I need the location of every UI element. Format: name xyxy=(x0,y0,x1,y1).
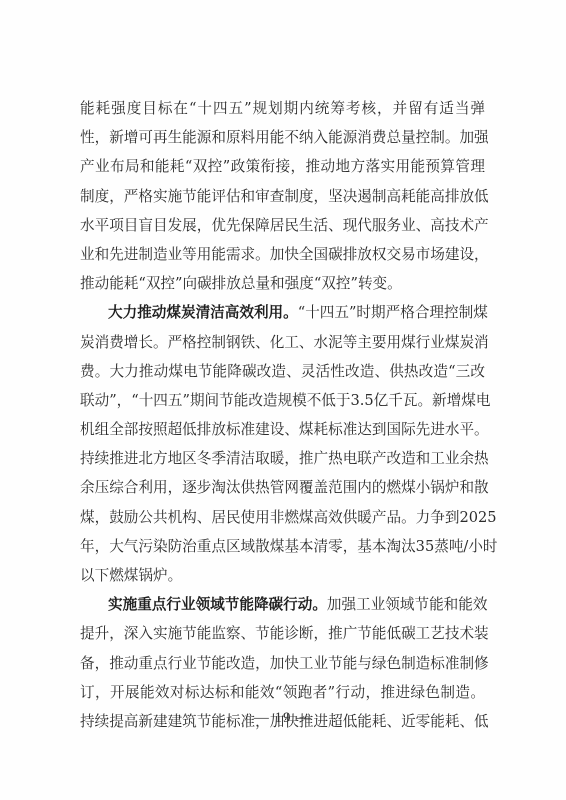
paragraph-first-line: 实施重点行业领域节能降碳行动。加强工业领域节能和能效 xyxy=(80,590,485,619)
text-line: 提升，深入实施节能监察、节能诊断，推广节能低碳工艺技术装 xyxy=(80,619,485,648)
text-line: 余压综合利用，逐步淘汰供热管网覆盖范围内的燃煤小锅炉和散 xyxy=(80,473,485,502)
paragraph-text: “十四五”时期严格合理控制煤 xyxy=(298,304,488,321)
text-line: 推动能耗“双控”向碳排放总量和强度“双控”转变。 xyxy=(80,269,485,298)
text-line: 炭消费增长。严格控制钢铁、化工、水泥等主要用煤行业煤炭消 xyxy=(80,328,485,357)
text-line: 能耗强度目标在“十四五”规划期内统筹考核，并留有适当弹 xyxy=(80,94,485,123)
text-line: 产业布局和能耗“双控”政策衔接，推动地方落实用能预算管理 xyxy=(80,152,485,181)
paragraph-lead-heading: 实施重点行业领域节能降碳行动。 xyxy=(108,596,327,613)
document-page: 能耗强度目标在“十四五”规划期内统筹考核，并留有适当弹 性，新增可再生能源和原料… xyxy=(0,0,566,800)
text-line: 机组全部按照超低排放标准建设、煤耗标准达到国际先进水平。 xyxy=(80,415,485,444)
paragraph-first-line: 大力推动煤炭清洁高效利用。“十四五”时期严格合理控制煤 xyxy=(80,298,485,327)
text-line: 费。大力推动煤电节能降碳改造、灵活性改造、供热改造“三改 xyxy=(80,357,485,386)
text-line: 业和先进制造业等用能需求。加快全国碳排放权交易市场建设， xyxy=(80,240,485,269)
page-number: — 19 — xyxy=(0,710,566,727)
paragraph-lead-heading: 大力推动煤炭清洁高效利用。 xyxy=(108,304,298,321)
text-line: 制度，严格实施节能评估和审查制度，坚决遏制高耗能高排放低 xyxy=(80,182,485,211)
text-line: 年，大气污染防治重点区域散煤基本清零，基本淘汰35蒸吨/小时 xyxy=(80,532,485,561)
document-body: 能耗强度目标在“十四五”规划期内统筹考核，并留有适当弹 性，新增可再生能源和原料… xyxy=(80,94,485,736)
text-line: 联动”，“十四五”期间节能改造规模不低于3.5亿千瓦。新增煤电 xyxy=(80,386,485,415)
text-line: 以下燃煤锅炉。 xyxy=(80,561,485,590)
text-line: 煤，鼓励公共机构、居民使用非燃煤高效供暖产品。力争到2025 xyxy=(80,503,485,532)
text-line: 订，开展能效对标达标和能效“领跑者”行动，推进绿色制造。 xyxy=(80,678,485,707)
text-line: 性，新增可再生能源和原料用能不纳入能源消费总量控制。加强 xyxy=(80,123,485,152)
text-line: 备，推动重点行业节能改造，加快工业节能与绿色制造标准制修 xyxy=(80,649,485,678)
text-line: 水平项目盲目发展，优先保障居民生活、现代服务业、高技术产 xyxy=(80,211,485,240)
text-line: 持续推进北方地区冬季清洁取暖，推广热电联产改造和工业余热 xyxy=(80,444,485,473)
paragraph-text: 加强工业领域节能和能效 xyxy=(327,596,488,613)
